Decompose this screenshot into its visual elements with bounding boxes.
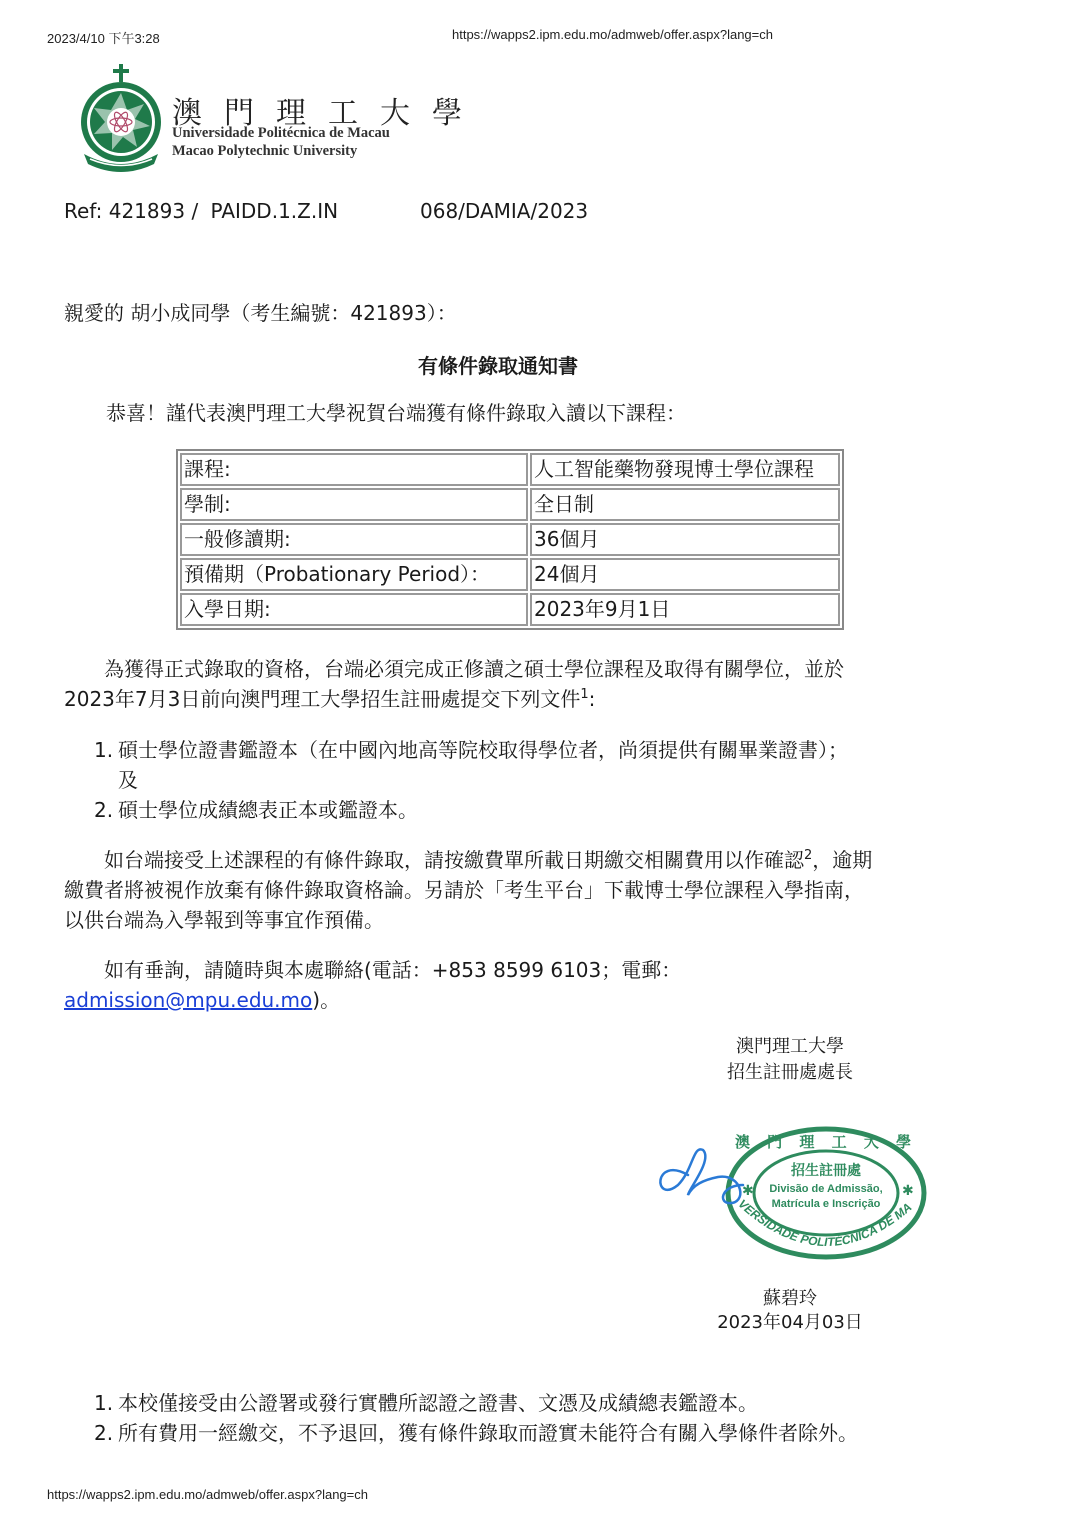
required-documents-list: 1. 碩士學位證書鑑證本（在中國內地高等院校取得學位者，尚須提供有關畢業證書）；… — [94, 735, 954, 825]
logo-name-portuguese: Universidade Politécnica de Macau — [172, 124, 390, 142]
svg-text:招生註冊處: 招生註冊處 — [790, 1162, 861, 1179]
footnote-ref-1: 1 — [580, 687, 588, 702]
signer-position: 招生註冊處處長 — [690, 1060, 890, 1086]
acceptance-line-1: 如台端接受上述課程的有條件錄取，請按繳費單所載日期繳交相關費用以作確認2，逾期 — [64, 845, 984, 875]
signer-name: 蘇碧玲 — [690, 1286, 890, 1312]
row-label: 一般修讀期: — [180, 523, 528, 556]
acceptance-line-2: 繳費者將被視作放棄有條件錄取資格論。另請於「考生平台」下載博士學位課程入學指南， — [64, 875, 984, 905]
contact-line-2: admission@mpu.edu.mo)。 — [64, 985, 984, 1015]
email-link[interactable]: admission@mpu.edu.mo — [64, 988, 312, 1012]
signature-date: 2023年04月03日 — [690, 1310, 890, 1336]
table-row: 一般修讀期: 36個月 — [180, 523, 840, 556]
program-table: 課程: 人工智能藥物發現博士學位課程 學制: 全日制 一般修讀期: 36個月 預… — [176, 449, 844, 630]
print-datetime: 2023/4/10 下午3:28 — [47, 28, 160, 47]
contact-paragraph: 如有垂詢，請隨時與本處聯絡(電話：+853 8599 6103；電郵： admi… — [64, 955, 984, 1015]
row-label: 預備期（Probationary Period）： — [180, 558, 528, 591]
acceptance-line-3: 以供台端為入學報到等事宜作預備。 — [64, 905, 984, 935]
row-value: 2023年9月1日 — [530, 593, 840, 626]
ref-number: 421893 / — [109, 199, 198, 223]
footnote-2: 2. 所有費用一經繳交，不予退回，獲有條件錄取而證實未能符合有關入學條件者除外。 — [94, 1418, 994, 1448]
print-url: https://wapps2.ipm.edu.mo/admweb/offer.a… — [452, 27, 773, 42]
print-footer-url: https://wapps2.ipm.edu.mo/admweb/offer.a… — [47, 1487, 368, 1502]
ref-prefix: Ref: — [64, 199, 102, 223]
row-label: 入學日期: — [180, 593, 528, 626]
logo-name-english: Macao Polytechnic University — [172, 142, 357, 160]
row-label: 課程: — [180, 453, 528, 486]
row-value: 24個月 — [530, 558, 840, 591]
conditions-line-1: 為獲得正式錄取的資格，台端必須完成正修讀之碩士學位課程及取得有關學位，並於 — [64, 654, 964, 684]
table-row: 入學日期: 2023年9月1日 — [180, 593, 840, 626]
footnotes: 1. 本校僅接受由公證署或發行實體所認證之證書、文憑及成績總表鑑證本。 2. 所… — [94, 1388, 994, 1448]
footnote-ref-2: 2 — [804, 848, 812, 863]
footnote-1: 1. 本校僅接受由公證署或發行實體所認證之證書、文憑及成績總表鑑證本。 — [94, 1388, 994, 1418]
row-label: 學制: — [180, 488, 528, 521]
table-row: 課程: 人工智能藥物發現博士學位課程 — [180, 453, 840, 486]
svg-text:✱: ✱ — [902, 1183, 914, 1199]
signer-organization: 澳門理工大學 — [690, 1034, 890, 1060]
letter-title: 有條件錄取通知書 — [418, 350, 578, 379]
conditions-paragraph: 為獲得正式錄取的資格，台端必須完成正修讀之碩士學位課程及取得有關學位，並於 20… — [64, 654, 964, 714]
row-value: 全日制 — [530, 488, 840, 521]
row-value: 36個月 — [530, 523, 840, 556]
acceptance-paragraph: 如台端接受上述課程的有條件錄取，請按繳費單所載日期繳交相關費用以作確認2，逾期 … — [64, 845, 984, 935]
svg-text:Divisão de Admissão,: Divisão de Admissão, — [769, 1183, 882, 1195]
table-row: 預備期（Probationary Period）： 24個月 — [180, 558, 840, 591]
svg-text:澳 門 理 工 大 學: 澳 門 理 工 大 學 — [735, 1133, 917, 1151]
official-stamp-icon: 澳 門 理 工 大 學 招生註冊處 Divisão de Admissão, M… — [648, 1115, 938, 1265]
ref-code: PAIDD.1.Z.IN — [211, 199, 339, 223]
list-item-continuation: 及 — [94, 765, 954, 795]
table-row: 學制: 全日制 — [180, 488, 840, 521]
university-emblem-icon — [74, 62, 170, 174]
row-value: 人工智能藥物發現博士學位課程 — [530, 453, 840, 486]
list-item: 1. 碩士學位證書鑑證本（在中國內地高等院校取得學位者，尚須提供有關畢業證書）； — [94, 735, 954, 765]
intro-text: 恭喜！謹代表澳門理工大學祝賀台端獲有條件錄取入讀以下課程： — [106, 398, 686, 428]
contact-line-1: 如有垂詢，請隨時與本處聯絡(電話：+853 8599 6103；電郵： — [64, 955, 984, 985]
reference-line: Ref: 421893 / PAIDD.1.Z.IN — [64, 196, 338, 226]
doc-number: 068/DAMIA/2023 — [420, 196, 588, 226]
salutation: 親愛的 胡小成同學（考生編號：421893）： — [64, 298, 457, 328]
conditions-line-2: 2023年7月3日前向澳門理工大學招生註冊處提交下列文件1: — [64, 684, 964, 714]
list-item: 2. 碩士學位成績總表正本或鑑證本。 — [94, 795, 954, 825]
svg-text:Matrícula e Inscrição: Matrícula e Inscrição — [772, 1198, 881, 1210]
